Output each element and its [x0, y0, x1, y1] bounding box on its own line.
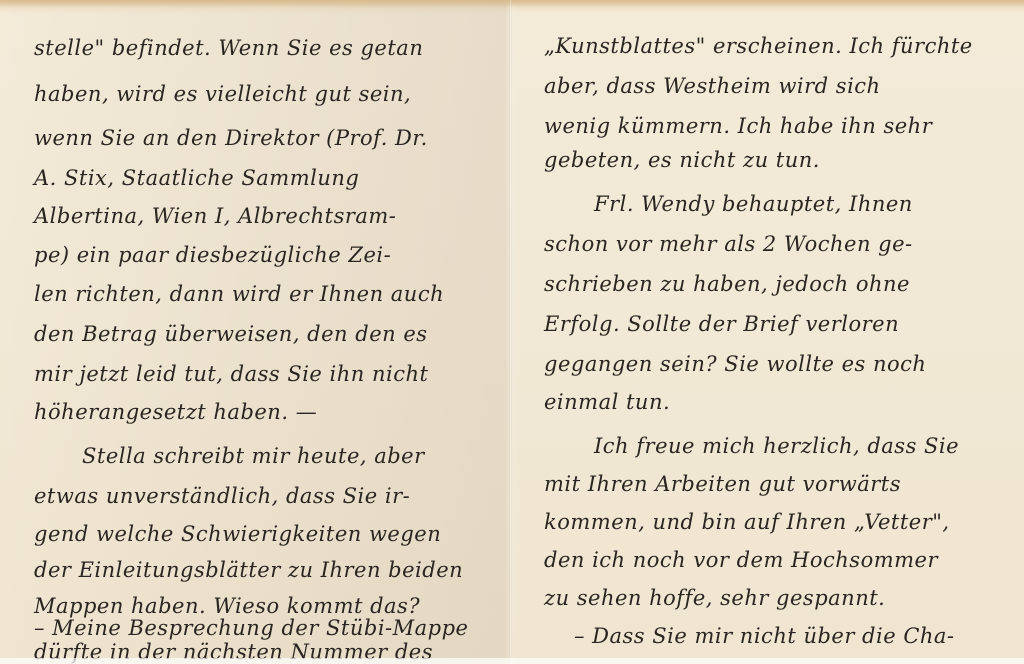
letter-sheet: stelle" befindet. Wenn Sie es getan habe… [0, 0, 1024, 664]
left-line-7: len richten, dann wird er Ihnen auch [34, 284, 444, 305]
left-line-9: mir jetzt leid tut, dass Sie ihn nicht [34, 364, 428, 385]
left-line-5: Albertina, Wien I, Albrechtsram- [34, 206, 396, 227]
left-line-11: Stella schreibt mir heute, aber [82, 446, 425, 467]
right-line-14: den ich noch vor dem Hochsommer [544, 550, 938, 571]
right-line-11: Ich freue mich herzlich, dass Sie [594, 436, 959, 457]
left-line-4: A. Stix, Staatliche Sammlung [34, 168, 359, 189]
right-line-3: wenig kümmern. Ich habe ihn sehr [544, 116, 932, 137]
right-line-9: gegangen sein? Sie wollte es noch [544, 354, 926, 375]
left-line-2: haben, wird es vielleicht gut sein, [34, 84, 411, 105]
right-line-1: „Kunstblattes" erscheinen. Ich fürchte [544, 36, 973, 57]
left-line-6: pe) ein paar diesbezügliche Zei- [34, 245, 391, 266]
right-line-2: aber, dass Westheim wird sich [544, 76, 881, 97]
left-line-16: – Meine Besprechung der Stübi-Mappe [34, 618, 468, 639]
left-page: stelle" befindet. Wenn Sie es getan habe… [0, 0, 510, 664]
paper-bottom-edge [0, 658, 1024, 664]
right-line-4: gebeten, es nicht zu tun. [544, 150, 820, 171]
left-line-3: wenn Sie an den Direktor (Prof. Dr. [34, 128, 428, 149]
left-line-13: gend welche Schwierigkeiten wegen [34, 524, 441, 545]
right-line-10: einmal tun. [544, 392, 670, 413]
left-line-12: etwas unverständlich, dass Sie ir- [34, 486, 410, 507]
left-line-14: der Einleitungsblätter zu Ihren beiden [34, 560, 463, 581]
right-page: „Kunstblattes" erscheinen. Ich fürchte a… [512, 0, 1024, 664]
right-line-15: zu sehen hoffe, sehr gespannt. [544, 588, 885, 609]
right-line-12: mit Ihren Arbeiten gut vorwärts [544, 474, 901, 495]
left-line-8: den Betrag überweisen, den den es [34, 324, 428, 345]
left-line-15: Mappen haben. Wieso kommt das? [34, 596, 420, 617]
right-line-6: schon vor mehr als 2 Wochen ge- [544, 234, 913, 255]
right-line-7: schrieben zu haben, jedoch ohne [544, 274, 910, 295]
right-line-16: – Dass Sie mir nicht über die Cha- [574, 626, 955, 647]
left-line-1: stelle" befindet. Wenn Sie es getan [34, 38, 423, 59]
right-line-5: Frl. Wendy behauptet, Ihnen [594, 194, 913, 215]
right-line-13: kommen, und bin auf Ihren „Vetter", [544, 512, 950, 533]
left-line-10: höherangesetzt haben. — [34, 402, 317, 423]
right-line-8: Erfolg. Sollte der Brief verloren [544, 314, 899, 335]
